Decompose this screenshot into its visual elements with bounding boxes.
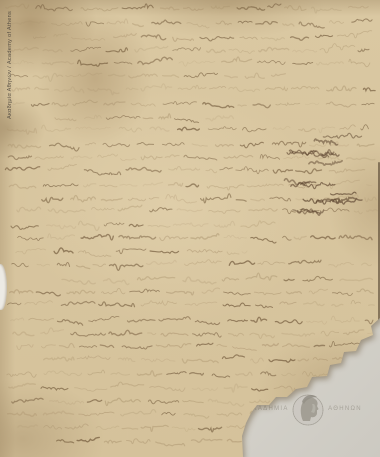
paper-surface: Ακαδημία Αθηνών / Academy of Athens: [0, 0, 380, 457]
handwriting-svg: [0, 0, 380, 457]
torn-paper-sheet: Ακαδημία Αθηνών / Academy of Athens: [0, 0, 380, 457]
archive-caption: Ακαδημία Αθηνών / Academy of Athens: [7, 11, 13, 119]
manuscript-page: ΑΚΑΔΗΜΙΑ ΑΘΗΝΩΝ Ακαδημία Αθηνών / Academ…: [0, 0, 380, 457]
